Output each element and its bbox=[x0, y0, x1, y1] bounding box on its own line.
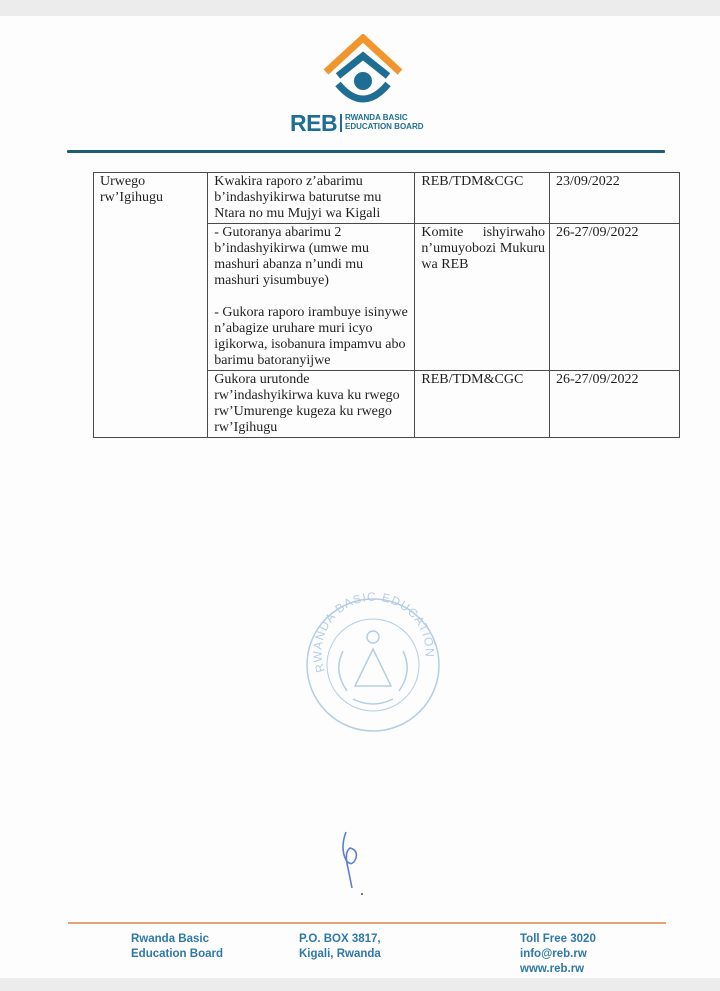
activity-cell: Gukora urutonde rw’indashyikirwa kuva ku… bbox=[208, 371, 415, 438]
responsible-cell: REB/TDM&CGC bbox=[415, 371, 550, 438]
header-divider bbox=[67, 150, 665, 153]
logo-divider bbox=[340, 114, 342, 132]
footer-website: www.reb.rw bbox=[520, 962, 596, 977]
footer-line: Education Board bbox=[131, 947, 223, 962]
document-page: REB RWANDA BASIC EDUCATION BOARD Urwego … bbox=[0, 16, 720, 978]
logo-full-name: RWANDA BASIC EDUCATION BOARD bbox=[345, 113, 424, 131]
footer-toll-free: Toll Free 3020 bbox=[520, 932, 596, 947]
table-row: Urwego rw’Igihugu Kwakira raporo z’abari… bbox=[94, 173, 680, 224]
handwritten-signature-icon bbox=[338, 828, 368, 898]
date-cell: 23/09/2022 bbox=[550, 173, 680, 224]
activity-cell: - Gutoranya abarimu 2 b’indashyikirwa (u… bbox=[208, 224, 415, 371]
logo-wordmark: REB RWANDA BASIC EDUCATION BOARD bbox=[288, 110, 438, 140]
level-cell: Urwego rw’Igihugu bbox=[94, 173, 208, 438]
activity-text: Gukora urutonde rw’indashyikirwa kuva ku… bbox=[214, 372, 410, 436]
official-seal-stamp-icon: RWANDA BASIC EDUCATION BOARD (REB) bbox=[303, 591, 443, 736]
reb-house-circle-logo-icon bbox=[320, 34, 406, 110]
footer-email: info@reb.rw bbox=[520, 947, 596, 962]
responsible-cell: Komite ishyirwaho n’umuyobozi Mukuru wa … bbox=[415, 224, 550, 371]
activity-text: - Gutoranya abarimu 2 b’indashyikirwa (u… bbox=[214, 225, 410, 289]
date-cell: 26-27/09/2022 bbox=[550, 371, 680, 438]
activity-cell: Kwakira raporo z’abarimu b’indashyikirwa… bbox=[208, 173, 415, 224]
logo-name-line1: RWANDA BASIC bbox=[345, 113, 424, 122]
logo-acronym: REB bbox=[290, 110, 337, 137]
footer-divider bbox=[68, 922, 666, 924]
level-line: rw’Igihugu bbox=[100, 190, 203, 206]
activity-text: - Gukora raporo irambuye isinywe n’abagi… bbox=[214, 305, 410, 369]
activity-table: Urwego rw’Igihugu Kwakira raporo z’abari… bbox=[93, 172, 680, 438]
footer-line: P.O. BOX 3817, bbox=[299, 932, 381, 947]
footer-organization: Rwanda Basic Education Board bbox=[131, 932, 223, 962]
activity-text: Kwakira raporo z’abarimu b’indashyikirwa… bbox=[214, 174, 410, 222]
footer-address: P.O. BOX 3817, Kigali, Rwanda bbox=[299, 932, 381, 962]
logo-name-line2: EDUCATION BOARD bbox=[345, 122, 424, 131]
level-line: Urwego bbox=[100, 174, 203, 190]
footer-contact: Toll Free 3020 info@reb.rw www.reb.rw bbox=[520, 932, 596, 977]
date-cell: 26-27/09/2022 bbox=[550, 224, 680, 371]
footer-line: Kigali, Rwanda bbox=[299, 947, 381, 962]
footer-line: Rwanda Basic bbox=[131, 932, 223, 947]
reb-logo: REB RWANDA BASIC EDUCATION BOARD bbox=[288, 34, 438, 134]
responsible-cell: REB/TDM&CGC bbox=[415, 173, 550, 224]
